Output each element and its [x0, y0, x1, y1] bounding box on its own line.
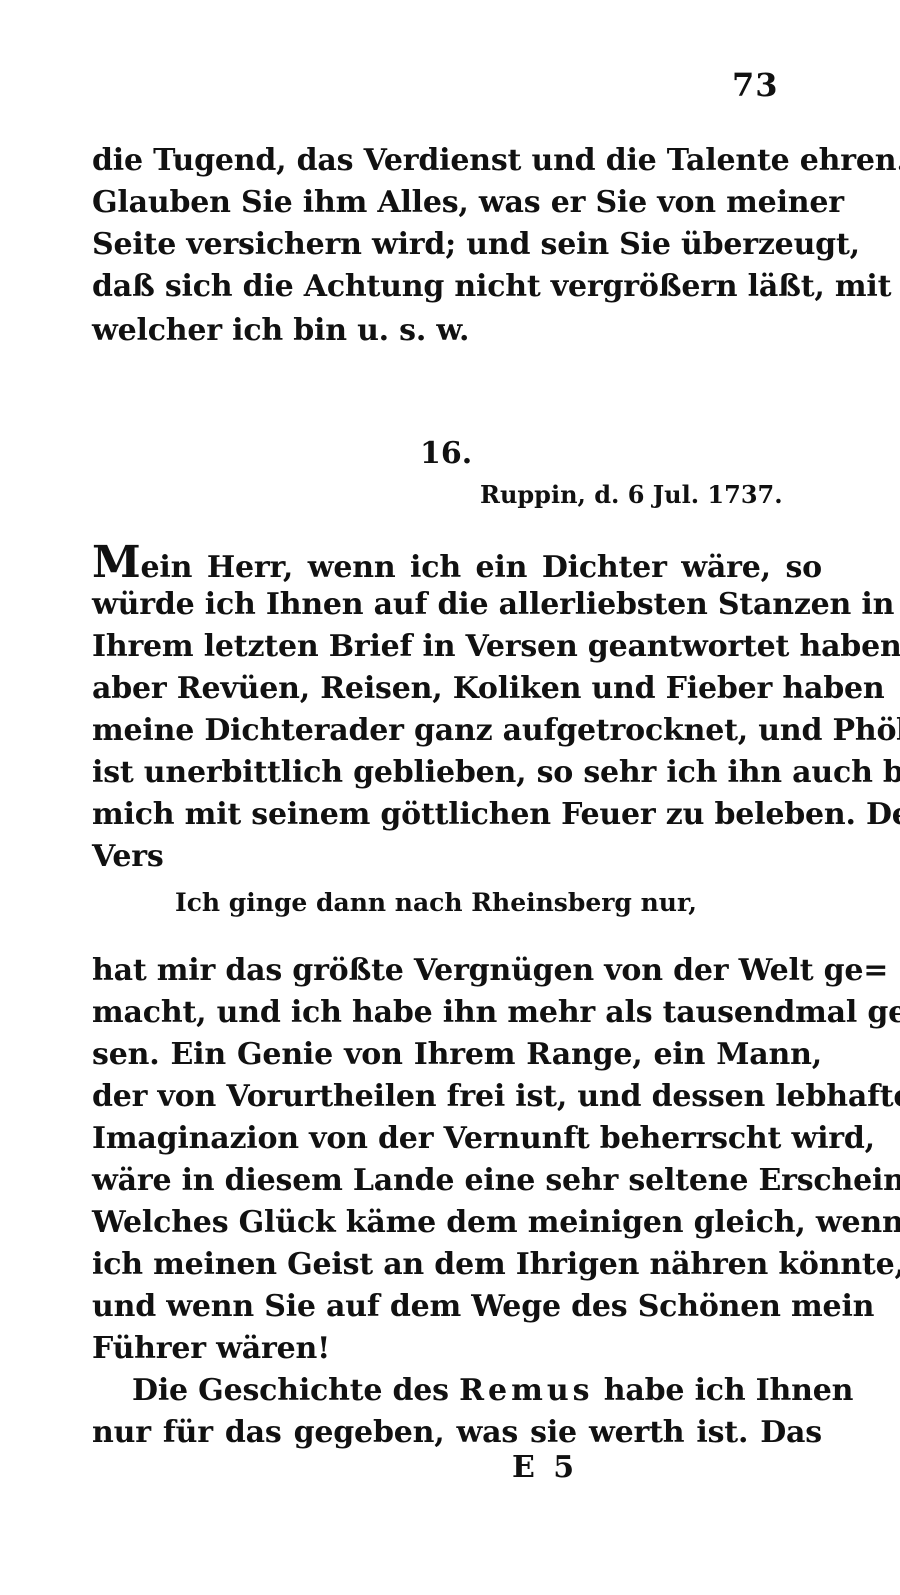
dateline: Ruppin, d. 6 Jul. 1737. — [480, 480, 783, 509]
paragraph-line-text: ein Herr, wenn ich ein Dichter wäre, so — [141, 550, 822, 585]
paragraph-line: Vers — [92, 838, 822, 876]
paragraph-line: meine Dichterader ganz aufgetrocknet, un… — [92, 712, 822, 750]
paragraph-line: nur für das gegeben, was sie werth ist. … — [92, 1414, 822, 1452]
paragraph-line: Mein Herr, wenn ich ein Dichter wäre, so — [92, 544, 822, 587]
emphasized-name: Remus — [459, 1373, 593, 1408]
letter-number: 16. — [420, 436, 472, 471]
paragraph-line: Welches Glück käme dem meinigen gleich, … — [92, 1204, 822, 1242]
paragraph-line: würde ich Ihnen auf die allerliebsten St… — [92, 586, 822, 624]
paragraph-line: der von Vorurtheilen frei ist, und desse… — [92, 1078, 822, 1116]
paragraph-line: Imaginazion von der Vernunft beherrscht … — [92, 1120, 822, 1158]
paragraph-line: Die Geschichte des Remus habe ich Ihnen — [132, 1372, 822, 1410]
continuation-line: die Tugend, das Verdienst und die Talent… — [92, 142, 822, 180]
paragraph-line: macht, und ich habe ihn mehr als tausend… — [92, 994, 822, 1032]
continuation-line: daß sich die Achtung nicht vergrößern lä… — [92, 268, 822, 306]
page-number: 73 — [732, 66, 779, 104]
continuation-line: Glauben Sie ihm Alles, was er Sie von me… — [92, 184, 822, 222]
book-page: 73 die Tugend, das Verdienst und die Tal… — [0, 0, 900, 1595]
paragraph-line: ist unerbittlich geblieben, so sehr ich … — [92, 754, 822, 792]
paragraph-line: sen. Ein Genie von Ihrem Range, ein Mann… — [92, 1036, 822, 1074]
paragraph-line: Führer wären! — [92, 1330, 822, 1368]
continuation-line: welcher ich bin u. s. w. — [92, 312, 822, 350]
paragraph-line: und wenn Sie auf dem Wege des Schönen me… — [92, 1288, 822, 1326]
paragraph-line: mich mit seinem göttlichen Feuer zu bele… — [92, 796, 822, 834]
paragraph-line-text: Die Geschichte des — [132, 1373, 459, 1408]
paragraph-line: ich meinen Geist an dem Ihrigen nähren k… — [92, 1246, 822, 1284]
signature-mark: E 5 — [512, 1450, 574, 1485]
paragraph-line-text: habe ich Ihnen — [594, 1373, 854, 1408]
paragraph-line: hat mir das größte Vergnügen von der Wel… — [92, 952, 822, 990]
continuation-line: Seite versichern wird; und sein Sie über… — [92, 226, 822, 264]
paragraph-line: aber Revüen, Reisen, Koliken und Fieber … — [92, 670, 822, 708]
paragraph-line: wäre in diesem Lande eine sehr seltene E… — [92, 1162, 822, 1200]
paragraph-line: Ihrem letzten Brief in Versen geantworte… — [92, 628, 822, 666]
drop-cap: M — [92, 537, 141, 588]
verse-quotation: Ich ginge dann nach Rheinsberg nur, — [175, 888, 697, 917]
